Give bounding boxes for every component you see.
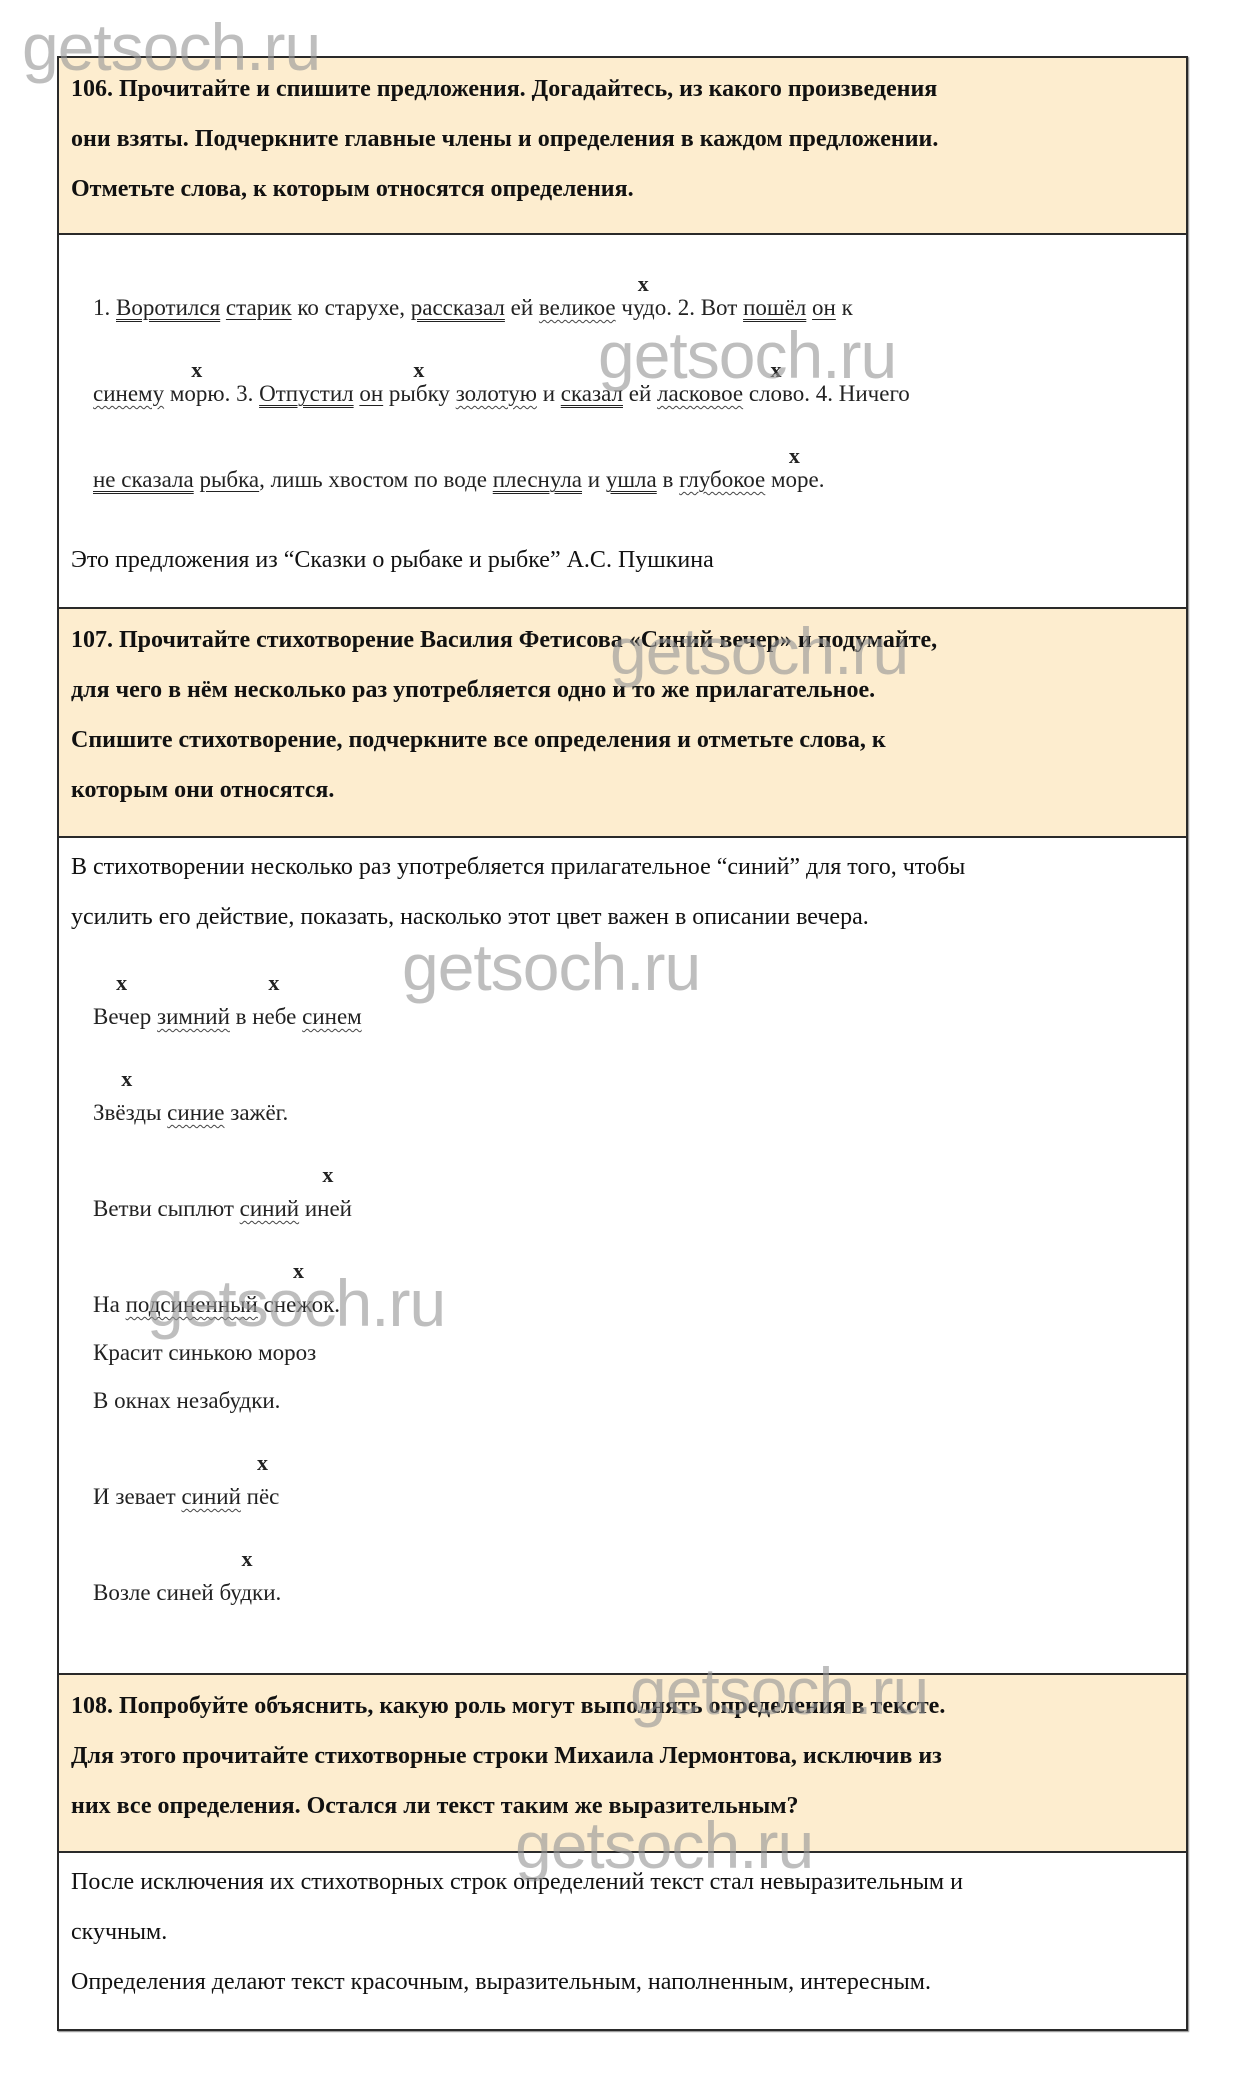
task-108: 108. Попробуйте объяснить, какую роль мо… (59, 1675, 1186, 1853)
text-span: зажёг. (225, 1100, 289, 1125)
task-text-line: 108. Попробуйте объяснить, какую роль мо… (71, 1681, 1177, 1731)
text-span: и (537, 381, 561, 406)
predicate-word: не сказала (93, 467, 194, 492)
marked-line: Ветви сыплют синий иней (93, 1184, 352, 1234)
poem: Вечер зимний в небе синемЗвёзды синие за… (71, 942, 1177, 1642)
definition-word: синем (302, 1004, 362, 1029)
text-span: слово. 4. Ничего (743, 381, 910, 406)
task-text-line: они взяты. Подчеркните главные члены и о… (71, 114, 1177, 164)
text-span: И зевает (93, 1484, 181, 1509)
predicate-word: Отпустил (259, 381, 354, 406)
text-span: На (93, 1292, 126, 1317)
task-text-line: Спишите стихотворение, подчеркните все о… (71, 715, 1177, 765)
definition-word: золотую (456, 381, 537, 406)
definition-word: великое (539, 295, 616, 320)
text-span: к (836, 295, 853, 320)
reference-marker: x (268, 958, 279, 1008)
task-text-line: них все определения. Остался ли текст та… (71, 1781, 1177, 1831)
task-text-line: для чего в нём несколько раз употребляет… (71, 665, 1177, 715)
text-span: в небе (230, 1004, 302, 1029)
text-span: Ветви сыплют (93, 1196, 240, 1221)
reference-marker: x (191, 345, 202, 395)
reference-marker: x (293, 1246, 304, 1296)
definition-word: подсиненный (126, 1292, 258, 1317)
task-text-line: Отметьте слова, к которым относятся опре… (71, 164, 1177, 214)
reference-marker: x (771, 345, 782, 395)
marked-line: Вечер зимний в небе синем (93, 992, 362, 1042)
answer-explanation-line: В стихотворении несколько раз употребляе… (71, 842, 1177, 892)
text-span: ей (505, 295, 539, 320)
parsed-sentences: 1. Воротился старик ко старухе, рассказа… (71, 235, 1177, 535)
answer-line: После исключения их стихотворных строк о… (71, 1857, 1177, 1907)
predicate-word: сказал (561, 381, 623, 406)
text-span: В окнах незабудки. (93, 1388, 280, 1413)
text-span: , лишь хвостом по воде (259, 467, 493, 492)
marked-line: И зевает синий пёс (93, 1472, 279, 1522)
task-text-line: 107. Прочитайте стихотворение Василия Фе… (71, 615, 1177, 665)
marked-line: 1. Воротился старик ко старухе, рассказа… (93, 283, 853, 333)
answer-107: В стихотворении несколько раз употребляе… (59, 838, 1186, 1675)
reference-marker: x (121, 1054, 132, 1104)
text-span: морю. 3. (164, 381, 259, 406)
answer-108: После исключения их стихотворных строк о… (59, 1853, 1186, 2029)
reference-marker: x (241, 1534, 252, 1584)
reference-marker: x (322, 1150, 333, 1200)
predicate-word: Воротился (116, 295, 220, 320)
definition-word: глубокое (679, 467, 765, 492)
task-text-line: которым они относятся. (71, 765, 1177, 815)
predicate-word: ушла (606, 467, 657, 492)
answer-explanation-line: усилить его действие, показать, наскольк… (71, 892, 1177, 942)
answer-line: скучным. (71, 1907, 1177, 1957)
definition-word: ласковое (657, 381, 743, 406)
marked-line: Возле синей будки. (93, 1568, 281, 1618)
answer-conclusion: Это предложения из “Сказки о рыбаке и ры… (71, 535, 714, 585)
exercise-table: 106. Прочитайте и спишите предложения. Д… (57, 56, 1188, 2031)
subject-word: он (812, 295, 836, 320)
task-106: 106. Прочитайте и спишите предложения. Д… (59, 58, 1186, 235)
reference-marker: x (413, 345, 424, 395)
text-span: в (657, 467, 679, 492)
text-span: ей (623, 381, 657, 406)
reference-marker: x (638, 259, 649, 309)
answer-106: 1. Воротился старик ко старухе, рассказа… (59, 235, 1186, 609)
text-span: Возле синей будки. (93, 1580, 281, 1605)
text-span: чудо. 2. Вот (616, 295, 743, 320)
marked-line: синему морю. 3. Отпустил он рыбку золоту… (93, 369, 910, 419)
reference-marker: x (116, 958, 127, 1008)
marked-line: В окнах незабудки. (93, 1376, 280, 1426)
text-span: и (582, 467, 606, 492)
definition-word: зимний (157, 1004, 230, 1029)
reference-marker: x (257, 1438, 268, 1488)
task-text-line: 106. Прочитайте и спишите предложения. Д… (71, 64, 1177, 114)
subject-word: рыбка (199, 467, 259, 492)
definition-word: синие (167, 1100, 224, 1125)
text-span: Красит синькою мороз (93, 1340, 316, 1365)
subject-word: он (359, 381, 383, 406)
task-107: 107. Прочитайте стихотворение Василия Фе… (59, 609, 1186, 838)
reference-marker: x (789, 431, 800, 481)
predicate-word: рассказал (411, 295, 505, 320)
definition-word: синему (93, 381, 164, 406)
subject-word: старик (226, 295, 292, 320)
marked-line: Красит синькою мороз (93, 1328, 316, 1378)
predicate-word: пошёл (743, 295, 806, 320)
task-text-line: Для этого прочитайте стихотворные строки… (71, 1731, 1177, 1781)
text-span: ко старухе, (292, 295, 411, 320)
text-span: 1. (93, 295, 116, 320)
definition-word: синий (240, 1196, 299, 1221)
marked-line: не сказала рыбка, лишь хвостом по воде п… (93, 455, 825, 505)
predicate-word: плеснула (493, 467, 582, 492)
definition-word: синий (181, 1484, 240, 1509)
answer-line: Определения делают текст красочным, выра… (71, 1957, 1177, 2007)
